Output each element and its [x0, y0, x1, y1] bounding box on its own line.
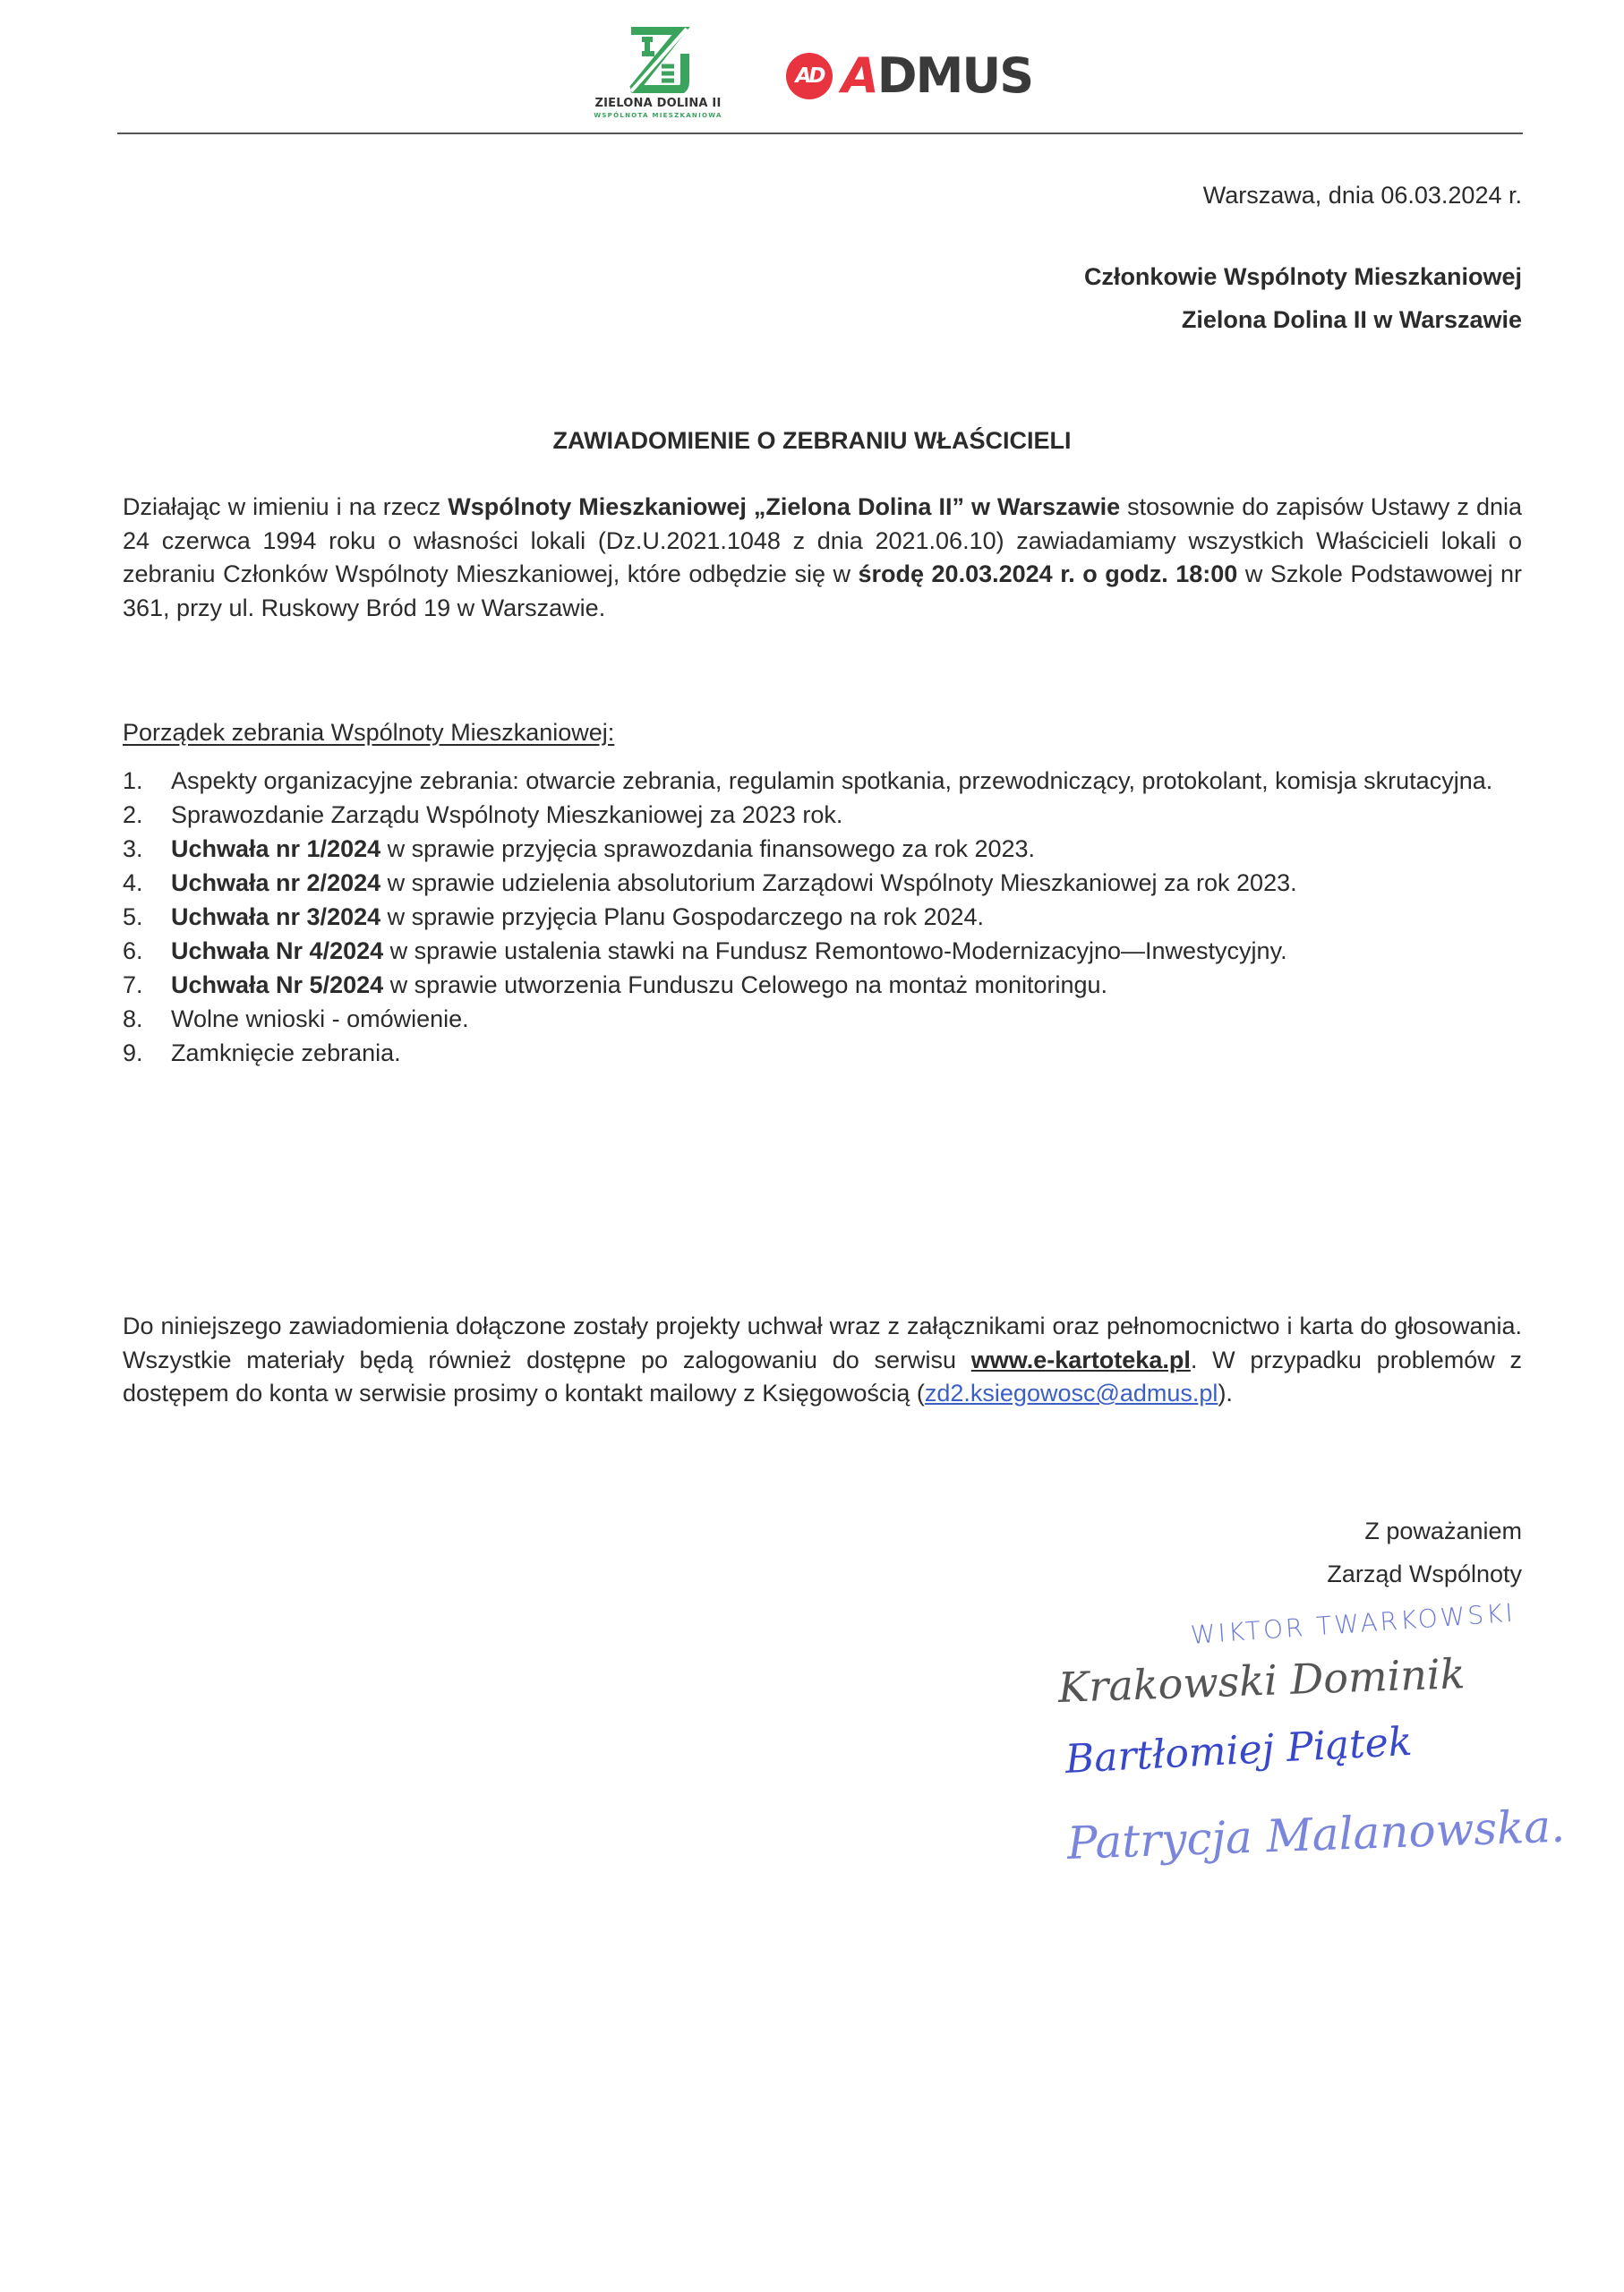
- header-divider: [117, 133, 1523, 134]
- admus-logo: AD ADMUS: [786, 50, 1032, 102]
- signature-3: Bartłomiej Piątek: [1064, 1719, 1414, 1783]
- agenda-item-number: 1.: [123, 764, 143, 798]
- agenda-item-number: 3.: [123, 832, 143, 866]
- agenda-item-text: Sprawozdanie Zarządu Wspólnoty Mieszkani…: [171, 801, 842, 828]
- agenda-item-number: 4.: [123, 866, 143, 900]
- resolution-number: Uchwała Nr 5/2024: [171, 971, 383, 998]
- agenda-item-text: w sprawie udzielenia absolutorium Zarząd…: [380, 869, 1296, 896]
- agenda-item-number: 2.: [123, 798, 143, 832]
- zielona-dolina-emblem-icon: [622, 27, 694, 93]
- signature-4: Patrycja Malanowska.: [1066, 1800, 1566, 1869]
- agenda-heading: Porządek zebrania Wspólnoty Mieszkaniowe…: [123, 719, 614, 747]
- agenda-item: 9.Zamknięcie zebrania.: [123, 1036, 1522, 1070]
- resolution-number: Uchwała nr 1/2024: [171, 835, 380, 862]
- attachments-paragraph: Do niniejszego zawiadomienia dołączone z…: [123, 1310, 1522, 1411]
- agenda-item-number: 8.: [123, 1002, 143, 1036]
- agenda-item: 2.Sprawozdanie Zarządu Wspólnoty Mieszka…: [123, 798, 1522, 832]
- resolution-number: Uchwała Nr 4/2024: [171, 937, 383, 964]
- website-link[interactable]: www.e-kartoteka.pl: [971, 1347, 1191, 1373]
- admus-wordmark: ADMUS: [842, 52, 1032, 100]
- email-link[interactable]: zd2.ksiegowosc@admus.pl: [925, 1380, 1218, 1407]
- recipient-line-1: Członkowie Wspólnoty Mieszkaniowej: [1084, 261, 1522, 295]
- closing-salutation: Z poważaniem: [1364, 1515, 1522, 1549]
- zielona-dolina-name: ZIELONA DOLINA II: [582, 97, 734, 110]
- meeting-date-time: środę 20.03.2024 r. o godz. 18:00: [859, 560, 1238, 587]
- agenda-item: 4.Uchwała nr 2/2024 w sprawie udzielenia…: [123, 866, 1522, 900]
- agenda-item-text: Aspekty organizacyjne zebrania: otwarcie…: [171, 767, 1492, 794]
- agenda-list: 1.Aspekty organizacyjne zebrania: otwarc…: [123, 764, 1522, 1070]
- resolution-number: Uchwała nr 3/2024: [171, 903, 380, 930]
- agenda-item-text: w sprawie utworzenia Funduszu Celowego n…: [383, 971, 1107, 998]
- zielona-dolina-logo: ZIELONA DOLINA II WSPÓLNOTA MIESZKANIOWA: [582, 27, 734, 127]
- intro-paragraph: Działając w imieniu i na rzecz Wspólnoty…: [123, 491, 1522, 625]
- agenda-item: 5.Uchwała nr 3/2024 w sprawie przyjęcia …: [123, 900, 1522, 934]
- resolution-number: Uchwała nr 2/2024: [171, 869, 380, 896]
- agenda-item: 1.Aspekty organizacyjne zebrania: otwarc…: [123, 764, 1522, 798]
- agenda-item-number: 7.: [123, 968, 143, 1002]
- agenda-item-number: 5.: [123, 900, 143, 934]
- agenda-item-text: Zamknięcie zebrania.: [171, 1039, 401, 1066]
- agenda-item-text: w sprawie przyjęcia sprawozdania finanso…: [380, 835, 1035, 862]
- zielona-dolina-subtitle: WSPÓLNOTA MIESZKANIOWA: [582, 112, 734, 119]
- agenda-item: 7.Uchwała Nr 5/2024 w sprawie utworzenia…: [123, 968, 1522, 1002]
- agenda-item: 3.Uchwała nr 1/2024 w sprawie przyjęcia …: [123, 832, 1522, 866]
- agenda-item-number: 9.: [123, 1036, 143, 1070]
- agenda-item-number: 6.: [123, 934, 143, 968]
- signature-1: WIKTOR TWARKOWSKI: [1190, 1598, 1517, 1650]
- document-title: ZAWIADOMIENIE O ZEBRANIU WŁAŚCICIELI: [0, 427, 1624, 455]
- admus-badge-icon: AD: [786, 53, 833, 99]
- agenda-item-text: w sprawie ustalenia stawki na Fundusz Re…: [383, 937, 1286, 964]
- recipient-line-2: Zielona Dolina II w Warszawie: [1182, 304, 1522, 338]
- signature-2: Krakowski Dominik: [1057, 1649, 1466, 1712]
- agenda-item: 6.Uchwała Nr 4/2024 w sprawie ustalenia …: [123, 934, 1522, 968]
- closing-signatory: Zarząd Wspólnoty: [1327, 1558, 1522, 1592]
- date-line: Warszawa, dnia 06.03.2024 r.: [1203, 179, 1522, 213]
- agenda-item-text: Wolne wnioski - omówienie.: [171, 1005, 469, 1032]
- agenda-item: 8.Wolne wnioski - omówienie.: [123, 1002, 1522, 1036]
- agenda-item-text: w sprawie przyjęcia Planu Gospodarczego …: [380, 903, 984, 930]
